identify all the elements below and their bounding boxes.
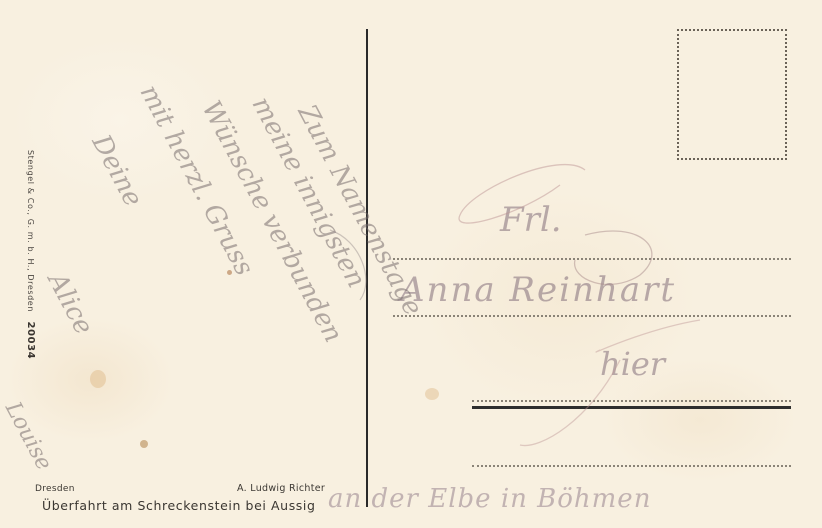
address-line-1 <box>393 258 791 260</box>
caption-city: Dresden <box>35 484 75 494</box>
address-line-4 <box>472 465 791 467</box>
handwritten-bottom-line: an der Elbe in Böhmen <box>328 484 651 514</box>
handwritten-address-name: Anna Reinhart <box>400 270 676 310</box>
publisher-name: Stengel & Co., G. m. b. H., Dresden <box>26 150 35 312</box>
paper-stain <box>90 370 106 388</box>
center-divider <box>366 29 368 507</box>
publisher-imprint: Stengel & Co., G. m. b. H., Dresden 2003… <box>25 150 36 359</box>
caption-artist: A. Ludwig Richter <box>237 483 325 494</box>
handwritten-message-line: Louise <box>0 398 56 475</box>
paper-stain <box>140 440 148 448</box>
address-line-3 <box>472 400 791 402</box>
address-underline <box>472 406 791 409</box>
handwritten-address-place: hier <box>600 345 665 383</box>
paper-stain <box>425 388 439 400</box>
publisher-number: 20034 <box>25 321 36 359</box>
handwritten-address-salutation: Frl. <box>500 200 562 240</box>
postcard: Stengel & Co., G. m. b. H., Dresden 2003… <box>0 0 822 528</box>
handwritten-message-line: Deine <box>86 130 148 212</box>
address-line-2 <box>393 315 791 317</box>
stamp-box <box>677 29 787 160</box>
caption-title: Überfahrt am Schreckenstein bei Aussig <box>42 498 316 513</box>
handwritten-message-line: Alice <box>42 268 99 340</box>
